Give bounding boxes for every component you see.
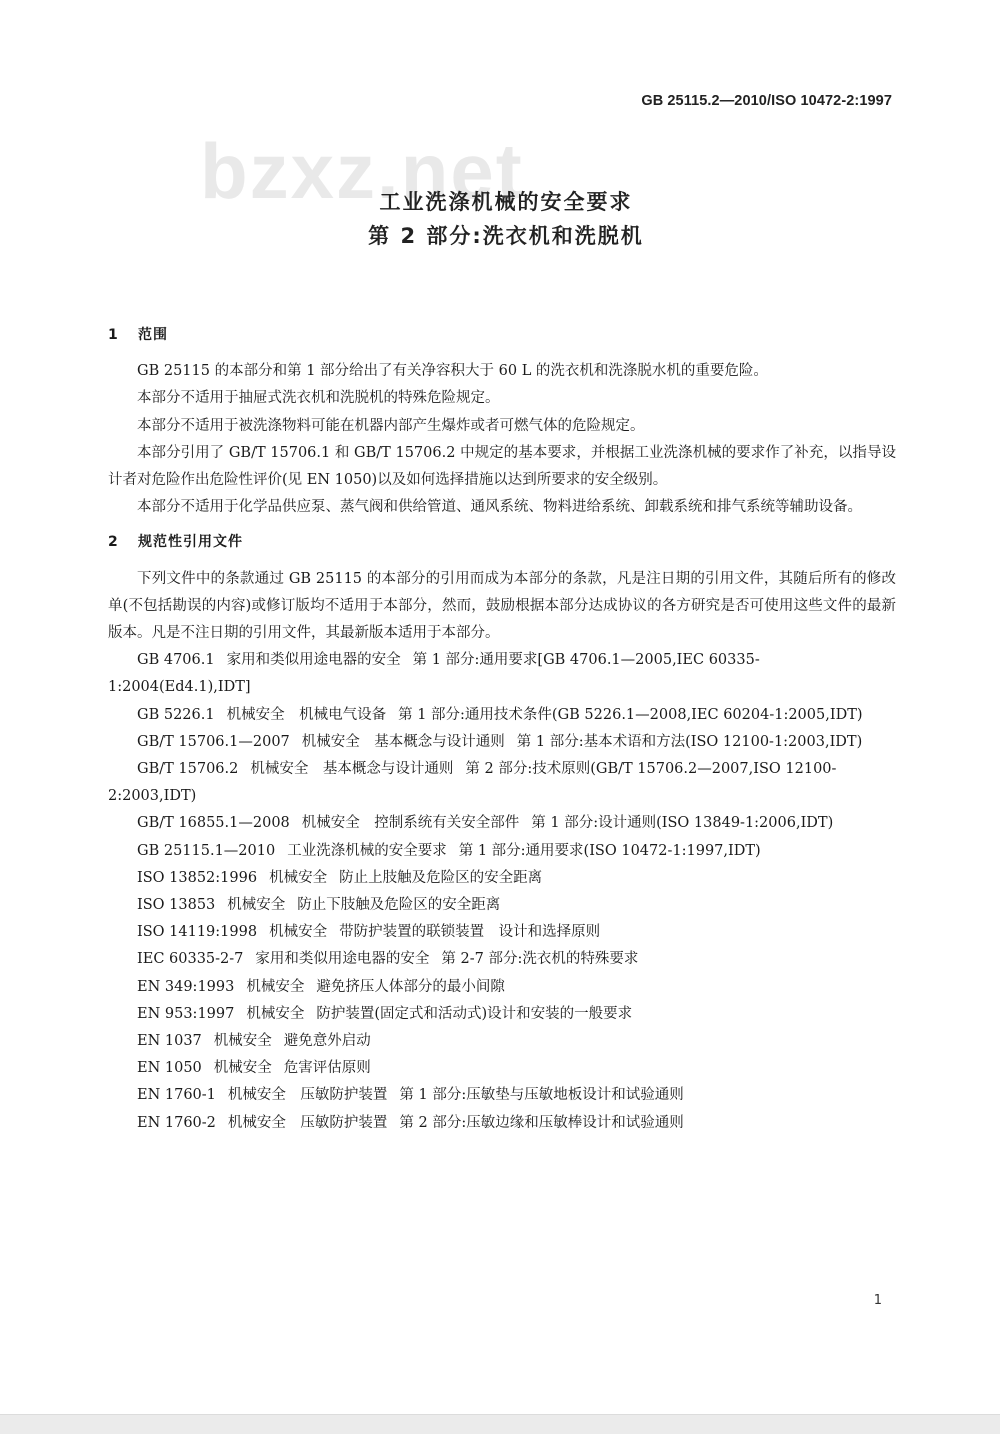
reference-code: GB/T 15706.2 (137, 761, 238, 777)
title-line-2: 第 2 部分:洗衣机和洗脱机 (0, 219, 1000, 253)
reference-item: IEC 60335-2-7家用和类似用途电器的安全第 2-7 部分:洗衣机的特殊… (108, 946, 896, 973)
paragraph: 下列文件中的条款通过 GB 25115 的本部分的引用而成为本部分的条款，凡是注… (108, 566, 896, 648)
reference-title: 机械安全 (246, 979, 304, 995)
reference-code: EN 1037 (137, 1033, 202, 1049)
reference-item: GB 4706.1家用和类似用途电器的安全第 1 部分:通用要求[GB 4706… (108, 647, 896, 701)
document-page: bzxz.net GB 25115.2—2010/ISO 10472-2:199… (0, 0, 1000, 1414)
reference-title: 机械安全 (269, 924, 327, 940)
reference-detail: 防止上肢触及危险区的安全距离 (339, 870, 542, 886)
reference-detail: 第 1 部分:压敏垫与压敏地板设计和试验通则 (399, 1087, 683, 1103)
reference-title: 机械安全 控制系统有关安全部件 (302, 815, 520, 831)
reference-code: GB 5226.1 (137, 707, 215, 723)
paragraph: 本部分不适用于化学品供应泵、蒸气阀和供给管道、通风系统、物料进给系统、卸载系统和… (108, 494, 896, 521)
reference-detail: 防护装置(固定式和活动式)设计和安装的一般要求 (316, 1006, 632, 1022)
reference-detail: 第 1 部分:通用要求(ISO 10472-1:1997,IDT) (459, 843, 761, 859)
reference-title: 家用和类似用途电器的安全 (227, 652, 401, 668)
reference-code: EN 1050 (137, 1060, 202, 1076)
reference-item: GB 25115.1—2010工业洗涤机械的安全要求第 1 部分:通用要求(IS… (108, 838, 896, 865)
reference-title: 机械安全 (269, 870, 327, 886)
reference-item: EN 349:1993机械安全避免挤压人体部分的最小间隙 (108, 974, 896, 1001)
reference-code: ISO 13852:1996 (137, 870, 257, 886)
title-line-1: 工业洗涤机械的安全要求 (0, 185, 1000, 219)
reference-title: 机械安全 (214, 1033, 272, 1049)
reference-detail: 危害评估原则 (284, 1060, 371, 1076)
reference-code: ISO 13853 (137, 897, 215, 913)
reference-item: GB 5226.1机械安全 机械电气设备第 1 部分:通用技术条件(GB 522… (108, 702, 896, 729)
reference-detail: 第 1 部分:设计通则(ISO 13849-1:2006,IDT) (531, 815, 833, 831)
reference-title: 机械安全 (227, 897, 285, 913)
reference-item: GB/T 15706.1—2007机械安全 基本概念与设计通则第 1 部分:基本… (108, 729, 896, 756)
reference-code: ISO 14119:1998 (137, 924, 257, 940)
section-heading-scope: 1范围 (108, 322, 896, 349)
reference-code: GB 4706.1 (137, 652, 215, 668)
reference-detail: 避免挤压人体部分的最小间隙 (316, 979, 505, 995)
reference-detail: 第 1 部分:基本术语和方法(ISO 12100-1:2003,IDT) (517, 734, 862, 750)
reference-item: EN 1760-2机械安全 压敏防护装置第 2 部分:压敏边缘和压敏棒设计和试验… (108, 1110, 896, 1137)
reference-item: EN 1050机械安全危害评估原则 (108, 1055, 896, 1082)
reference-detail: 第 1 部分:通用技术条件(GB 5226.1—2008,IEC 60204-1… (398, 707, 862, 723)
section-title: 规范性引用文件 (138, 534, 243, 550)
reference-detail: 防止下肢触及危险区的安全距离 (297, 897, 500, 913)
reference-code: EN 953:1997 (137, 1006, 234, 1022)
reference-item: EN 953:1997机械安全防护装置(固定式和活动式)设计和安装的一般要求 (108, 1001, 896, 1028)
paragraph: 本部分引用了 GB/T 15706.1 和 GB/T 15706.2 中规定的基… (108, 440, 896, 494)
paragraph: 本部分不适用于被洗涤物料可能在机器内部产生爆炸或者可燃气体的危险规定。 (108, 413, 896, 440)
reference-code: GB/T 16855.1—2008 (137, 815, 290, 831)
reference-title: 机械安全 (214, 1060, 272, 1076)
reference-code: GB 25115.1—2010 (137, 843, 275, 859)
viewer-bottom-bar (0, 1414, 1000, 1434)
reference-list: GB 4706.1家用和类似用途电器的安全第 1 部分:通用要求[GB 4706… (108, 647, 896, 1137)
reference-item: ISO 13852:1996机械安全防止上肢触及危险区的安全距离 (108, 865, 896, 892)
reference-detail: 第 2 部分:压敏边缘和压敏棒设计和试验通则 (399, 1115, 683, 1131)
paragraph: 本部分不适用于抽屉式洗衣机和洗脱机的特殊危险规定。 (108, 385, 896, 412)
reference-item: GB/T 15706.2机械安全 基本概念与设计通则第 2 部分:技术原则(GB… (108, 756, 896, 810)
document-title: 工业洗涤机械的安全要求 第 2 部分:洗衣机和洗脱机 (0, 185, 1000, 253)
reference-code: EN 1760-2 (137, 1115, 216, 1131)
reference-code: IEC 60335-2-7 (137, 951, 243, 967)
page-number: 1 (874, 1293, 882, 1308)
reference-detail: 带防护装置的联锁装置 设计和选择原则 (339, 924, 600, 940)
reference-title: 机械安全 基本概念与设计通则 (250, 761, 453, 777)
reference-title: 机械安全 (246, 1006, 304, 1022)
reference-item: EN 1760-1机械安全 压敏防护装置第 1 部分:压敏垫与压敏地板设计和试验… (108, 1082, 896, 1109)
reference-title: 机械安全 基本概念与设计通则 (302, 734, 505, 750)
reference-detail: 第 2-7 部分:洗衣机的特殊要求 (441, 951, 638, 967)
reference-code: EN 349:1993 (137, 979, 234, 995)
reference-title: 家用和类似用途电器的安全 (255, 951, 429, 967)
reference-title: 机械安全 压敏防护装置 (228, 1087, 388, 1103)
reference-code: GB/T 15706.1—2007 (137, 734, 290, 750)
standard-code-header: GB 25115.2—2010/ISO 10472-2:1997 (641, 93, 892, 109)
section-title: 范围 (138, 327, 168, 343)
reference-detail: 避免意外启动 (284, 1033, 371, 1049)
reference-title: 机械安全 机械电气设备 (227, 707, 387, 723)
section-heading-normative-references: 2规范性引用文件 (108, 529, 896, 556)
paragraph: GB 25115 的本部分和第 1 部分给出了有关净容积大于 60 L 的洗衣机… (108, 358, 896, 385)
section-number: 2 (108, 529, 138, 556)
reference-title: 工业洗涤机械的安全要求 (287, 843, 447, 859)
reference-item: GB/T 16855.1—2008机械安全 控制系统有关安全部件第 1 部分:设… (108, 810, 896, 837)
document-body: 1范围 GB 25115 的本部分和第 1 部分给出了有关净容积大于 60 L … (108, 322, 896, 1137)
reference-item: EN 1037机械安全避免意外启动 (108, 1028, 896, 1055)
reference-title: 机械安全 压敏防护装置 (228, 1115, 388, 1131)
reference-item: ISO 13853机械安全防止下肢触及危险区的安全距离 (108, 892, 896, 919)
reference-item: ISO 14119:1998机械安全带防护装置的联锁装置 设计和选择原则 (108, 919, 896, 946)
section-number: 1 (108, 322, 138, 349)
reference-code: EN 1760-1 (137, 1087, 216, 1103)
